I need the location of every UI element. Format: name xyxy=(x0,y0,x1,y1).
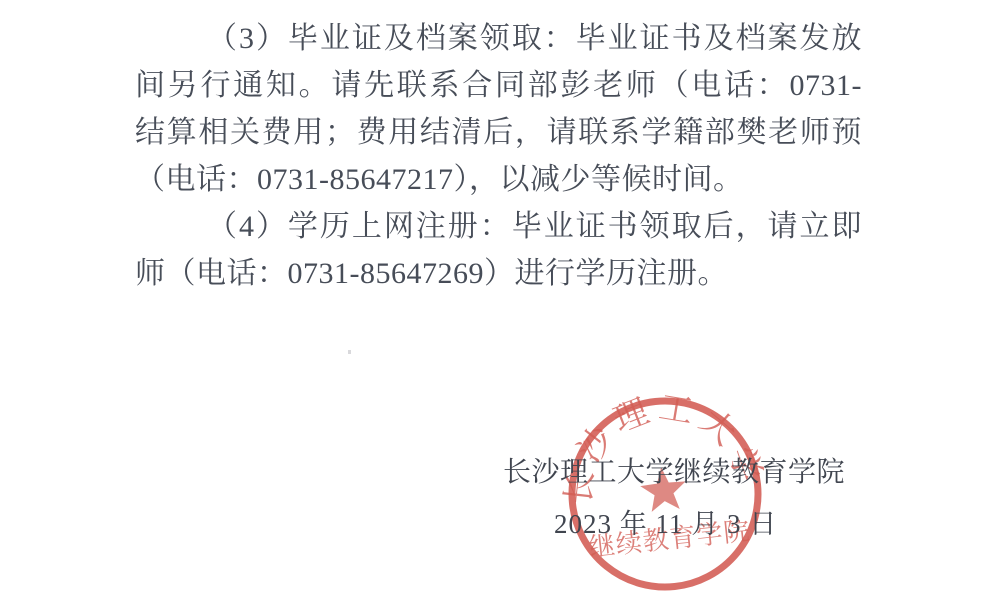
paragraph-4-line-1: （4）学历上网注册：毕业证书领取后，请立即联系祝老 xyxy=(135,203,862,250)
scan-speck xyxy=(348,350,351,354)
signature-organization: 长沙理工大学继续教育学院 xyxy=(503,450,845,490)
seal-ring-text: 长沙理工大学 xyxy=(550,379,771,510)
signature-date: 2023 年 11 月 3 日 xyxy=(554,502,777,541)
seal-ring xyxy=(563,392,767,596)
paragraph-3-line-1: （3）毕业证及档案领取：毕业证书及档案发放及截止时 xyxy=(135,15,862,62)
paragraph-4-line-2: 师（电话：0731-85647269）进行学历注册。 xyxy=(135,250,862,297)
paragraph-3-line-2: 间另行通知。请先联系合同部彭老师（电话：0731-85647202） xyxy=(135,62,862,109)
paragraph-3-line-4: （电话：0731-85647217），以减少等候时间。 xyxy=(135,156,862,203)
scanned-document-page: （3）毕业证及档案领取：毕业证书及档案发放及截止时 间另行通知。请先联系合同部彭… xyxy=(0,0,1000,610)
paragraph-3-line-3: 结算相关费用；费用结清后，请联系学籍部樊老师预约领证 xyxy=(135,109,862,156)
document-body: （3）毕业证及档案领取：毕业证书及档案发放及截止时 间另行通知。请先联系合同部彭… xyxy=(135,15,862,297)
